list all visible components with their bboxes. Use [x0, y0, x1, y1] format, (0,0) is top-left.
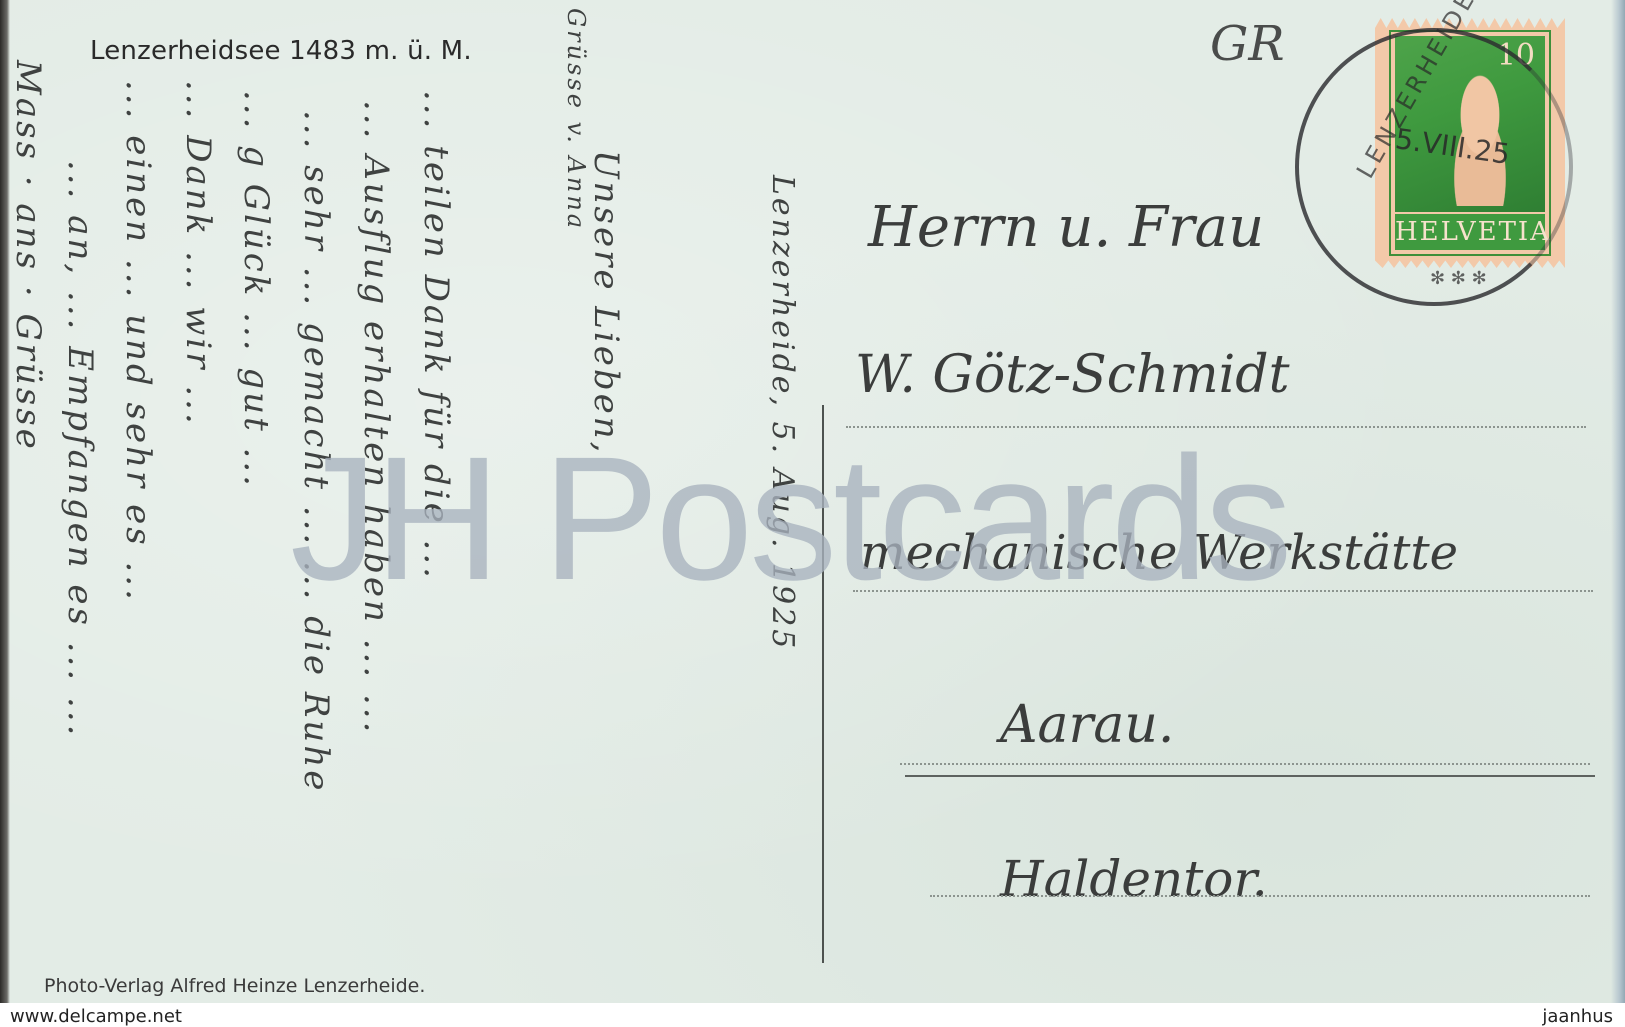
- address-line-2: W. Götz-Schmidt: [855, 345, 1289, 405]
- message-column-3: ... einen ... und sehr es ...: [118, 80, 158, 603]
- address-line-5: Haldentor.: [1000, 850, 1268, 908]
- address-rule-3: [900, 763, 1590, 765]
- address-rule-5: [930, 895, 1590, 897]
- seller-credit: jaanhus: [1542, 1006, 1613, 1027]
- message-column-1: Mass · ans · Grüsse: [8, 60, 48, 452]
- message-column-2: ... an, ... Empfangen es ... ...: [60, 160, 100, 738]
- pencil-note: GR: [1210, 16, 1284, 72]
- address-line-1: Herrn u. Frau: [868, 195, 1264, 260]
- address-line-4: Aarau.: [1000, 695, 1174, 755]
- printed-title: Lenzerheidsee 1483 m. ü. M.: [90, 36, 472, 66]
- publisher-line: Photo-Verlag Alfred Heinze Lenzerheide.: [44, 975, 425, 997]
- postmark-stars-icon: ✻ ✻ ✻: [1430, 268, 1487, 289]
- message-column-5: ... g Glück ... gut ...: [236, 90, 276, 489]
- card-right-edge: [1611, 0, 1625, 1003]
- source-credit: www.delcampe.net: [10, 1006, 182, 1027]
- message-greeting: Unsere Lieben,: [586, 150, 626, 455]
- address-rule-4: [905, 775, 1595, 777]
- watermark: JH Postcards: [290, 418, 1289, 620]
- message-top-note: Grüsse v. Anna: [562, 8, 590, 231]
- postcard-back: Lenzerheidsee 1483 m. ü. M. Mass · ans ·…: [0, 0, 1625, 1003]
- message-column-4: ... Dank ... wir ...: [178, 80, 218, 427]
